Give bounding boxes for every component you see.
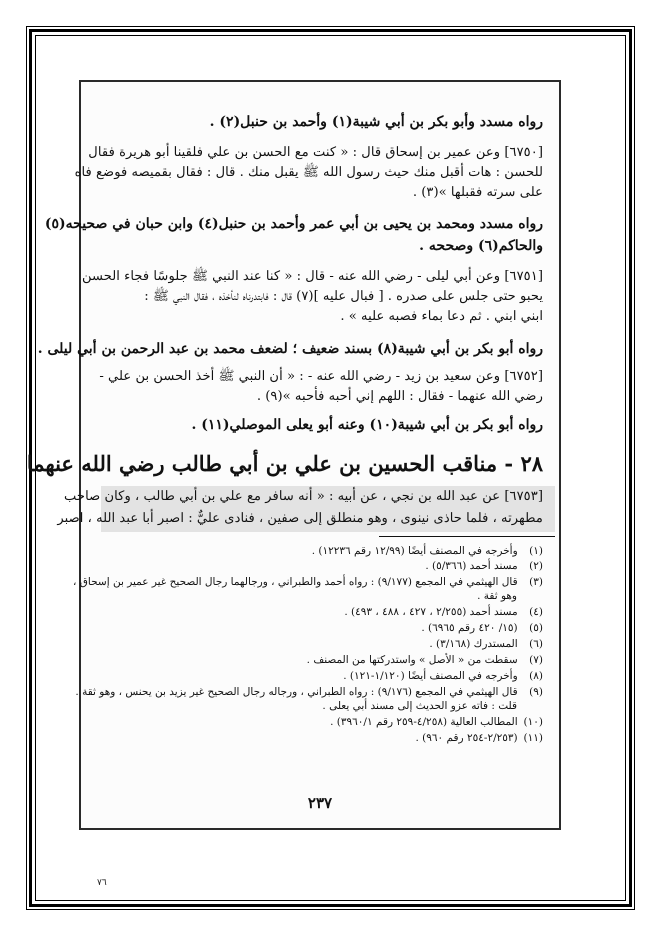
- footnote-4: (٤) مسند أحمد (٢/٢٥٥ ، ٤٢٧ ، ٤٨٨ ، ٤٩٣) …: [97, 606, 543, 619]
- footnote-3-continuation: وهو ثقة .: [97, 590, 543, 603]
- footnote-1: (١) وأخرجه في المصنف أيضًا (١٢/٩٩ رقم ١٢…: [97, 545, 543, 558]
- footnotes: (١) وأخرجه في المصنف أيضًا (١٢/٩٩ رقم ١٢…: [97, 82, 543, 828]
- footnote-3: (٣) قال الهيثمي في المجمع (٩/١٧٧) : رواه…: [97, 576, 543, 589]
- book-page-number: ٢٣٧: [81, 794, 559, 812]
- footnote-7: (٧) سقطت من « الأصل » واستدركتها من المص…: [97, 654, 543, 667]
- footnote-6: (٦) المستدرك (٣/١٦٨) .: [97, 638, 543, 651]
- footnote-9: (٩) قال الهيثمي في المجمع (٩/١٧٦) : رواه…: [97, 686, 543, 699]
- footnote-11: (١١) (٢/٢٥٣-٢٥٤ رقم ٩٦٠) .: [97, 732, 543, 745]
- scanned-book-page: رواه مسدد وأبو بكر بن أبي شيبة(١) وأحمد …: [79, 80, 561, 830]
- document-page-number: ٧٦: [97, 878, 107, 888]
- footnote-9-continuation: قلت : فاته عزو الحديث إلى مسند أبي يعلى …: [97, 700, 543, 713]
- footnote-5: (٥) (١٥/ ٤٢٠ رقم ٦٩٦٥) .: [97, 622, 543, 635]
- footnote-2: (٢) مسند أحمد (٥/٣٦٦) .: [97, 560, 543, 573]
- footnote-8: (٨) وأخرجه في المصنف أيضًا (١/١٢٠-١٢١) .: [97, 670, 543, 683]
- footnote-10: (١٠) المطالب العالية (٤/٢٥٨-٢٥٩ رقم ٣٩٦٠…: [97, 716, 543, 729]
